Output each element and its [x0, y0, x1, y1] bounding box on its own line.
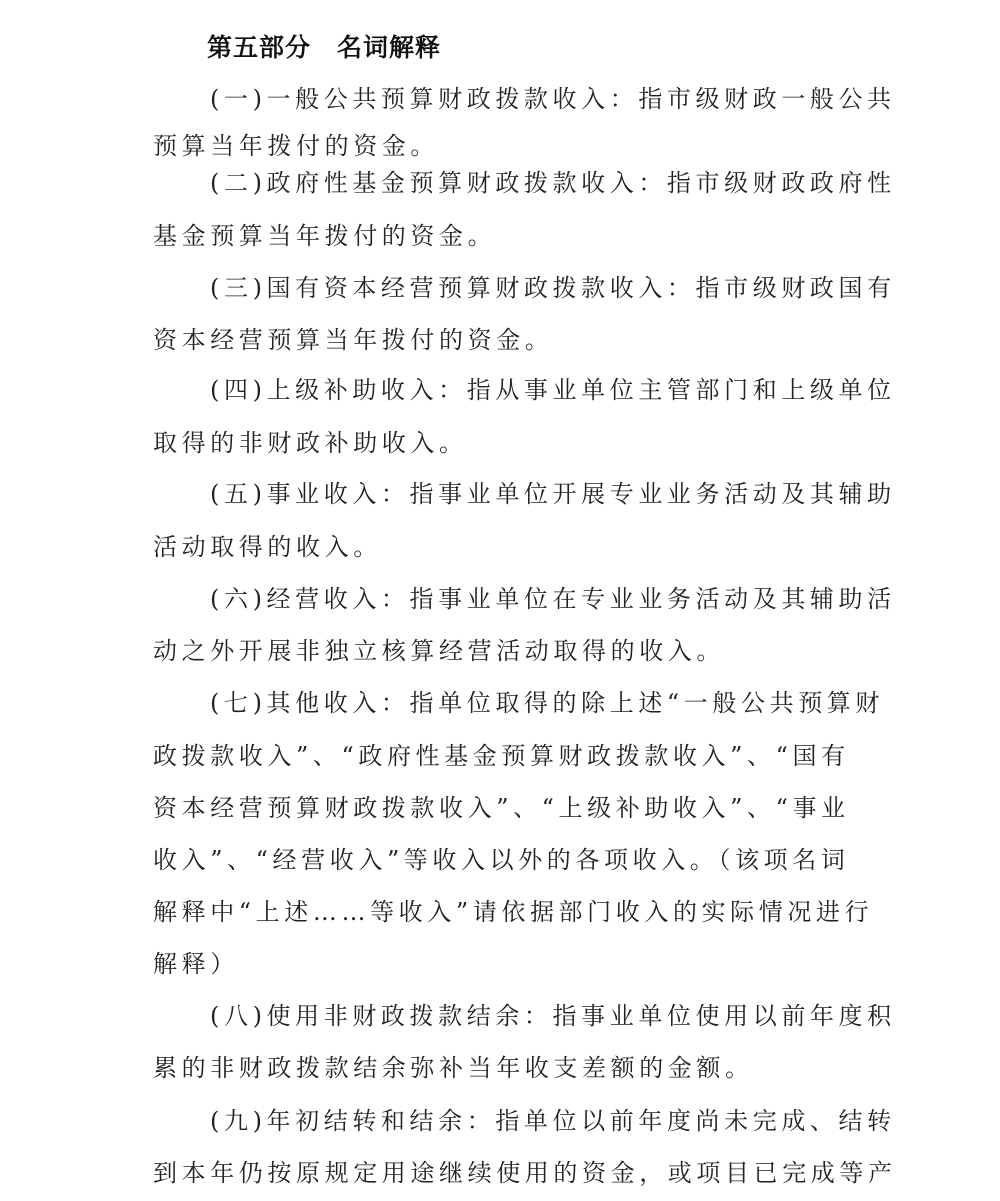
definition-6-line-2: 动之外开展非独立核算经营活动取得的收入。 [153, 636, 725, 666]
definition-5-line-2: 活动取得的收入。 [153, 532, 382, 562]
definition-1-line-1: (一)一般公共预算财政拨款收入：指市级财政一般公共 [210, 84, 896, 114]
definition-6-line-1: (六)经营收入：指事业单位在专业业务活动及其辅助活 [210, 584, 896, 614]
definition-9-line-2: 到本年仍按原规定用途继续使用的资金，或项目已完成等产 [153, 1158, 897, 1188]
definition-8-line-1: (八)使用非财政拨款结余：指事业单位使用以前年度积 [210, 1001, 896, 1031]
section-title: 第五部分 名词解释 [207, 32, 441, 64]
definition-3-line-1: (三)国有资本经营预算财政拨款收入：指市级财政国有 [210, 273, 896, 303]
definition-7-line-6: 解释） [153, 949, 239, 979]
definition-2-line-2: 基金预算当年拨付的资金。 [153, 221, 496, 251]
definition-7-line-4: 收入”、“经营收入”等收入以外的各项收入。（该项名词 [153, 845, 849, 875]
definition-3-line-2: 资本经营预算当年拨付的资金。 [153, 325, 553, 355]
definition-4-line-1: (四)上级补助收入：指从事业单位主管部门和上级单位 [210, 375, 896, 405]
definition-1-line-2: 预算当年拨付的资金。 [153, 131, 439, 161]
definition-8-line-2: 累的非财政拨款结余弥补当年收支差额的金额。 [153, 1053, 754, 1083]
definition-5-line-1: (五)事业收入：指事业单位开展专业业务活动及其辅助 [210, 479, 896, 509]
definition-7-line-5: 解释中“上述……等收入”请依据部门收入的实际情况进行 [153, 897, 873, 927]
definition-7-line-1: (七)其他收入：指单位取得的除上述“一般公共预算财 [210, 688, 884, 718]
definition-2-line-1: (二)政府性基金预算财政拨款收入：指市级财政政府性 [210, 168, 896, 198]
definition-7-line-3: 资本经营预算财政拨款收入”、“上级补助收入”、“事业 [153, 793, 850, 823]
document-page: 第五部分 名词解释 (一)一般公共预算财政拨款收入：指市级财政一般公共 预算当年… [0, 0, 1000, 1201]
definition-9-line-1: (九)年初结转和结余：指单位以前年度尚未完成、结转 [210, 1106, 896, 1136]
definition-4-line-2: 取得的非财政补助收入。 [153, 428, 468, 458]
definition-7-line-2: 政拨款收入”、“政府性基金预算财政拨款收入”、“国有 [153, 741, 850, 771]
